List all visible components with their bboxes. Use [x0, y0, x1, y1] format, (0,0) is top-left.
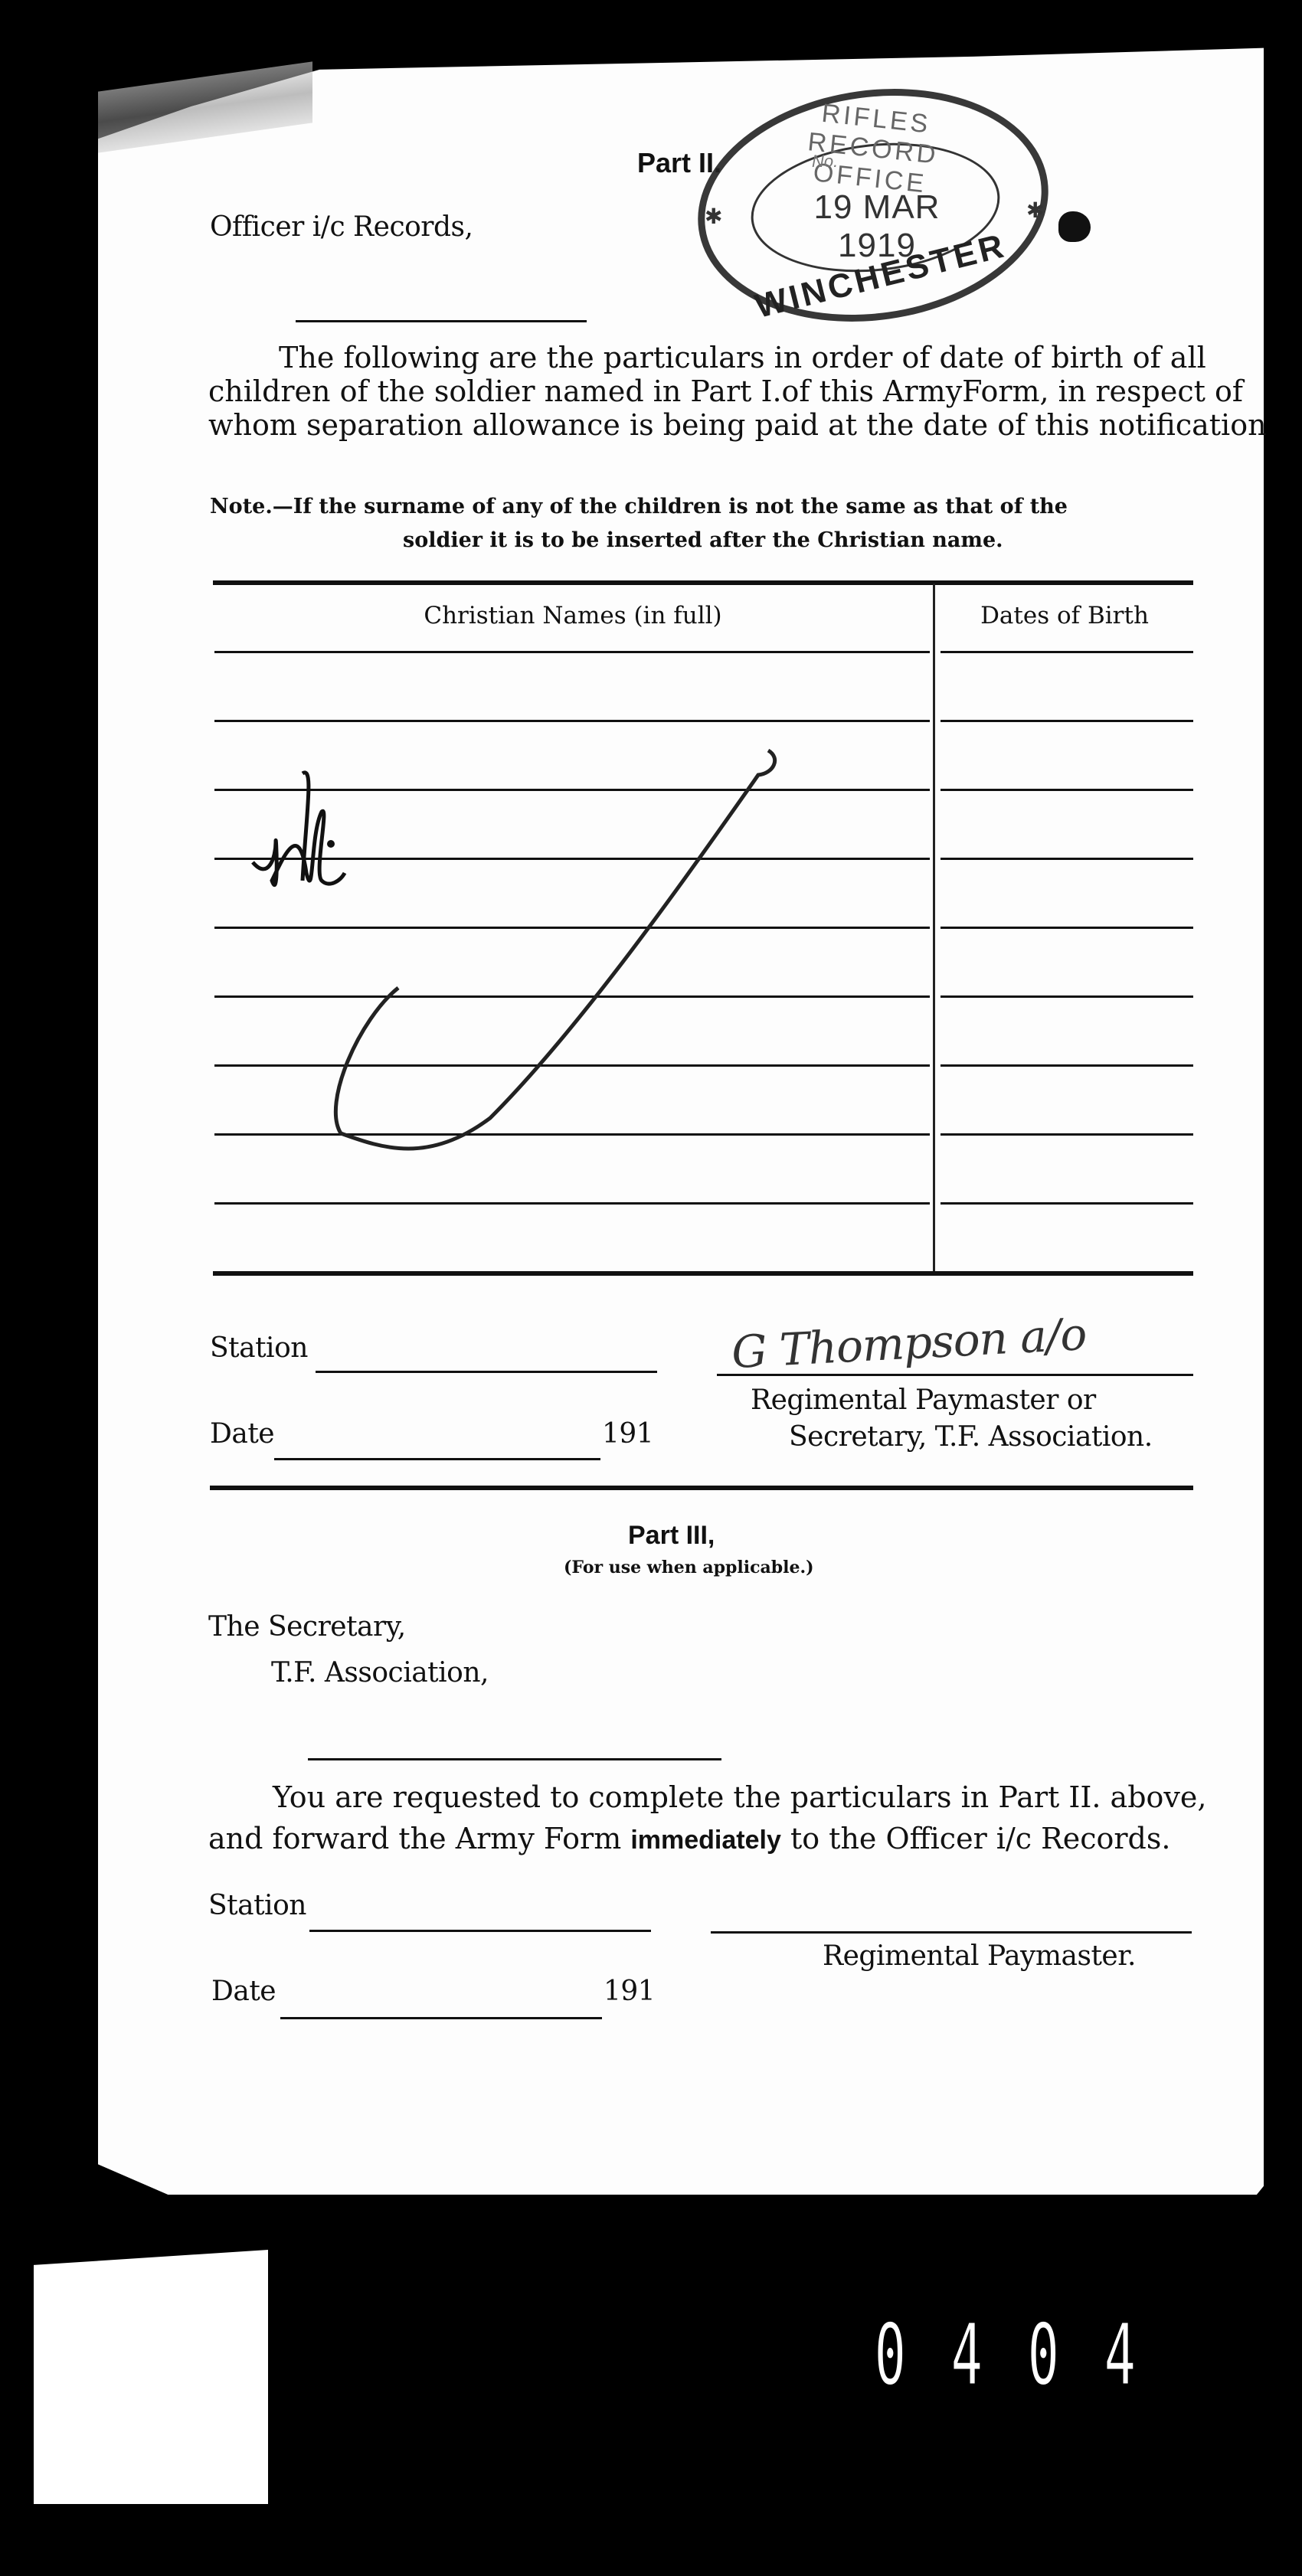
counter-digit: 4: [1104, 2313, 1134, 2397]
part3-addressee-2: T.F. Association,: [271, 1657, 489, 1688]
table-row-rule: [214, 1202, 930, 1205]
section-divider: [210, 1486, 1193, 1490]
table-top-rule: [213, 580, 1193, 585]
part2-station-field[interactable]: [316, 1371, 657, 1373]
table-row-rule: [941, 858, 1193, 860]
note-line-1: Note.—If the surname of any of the child…: [210, 490, 1068, 524]
part3-date-field[interactable]: [280, 2017, 602, 2019]
column-header-names: Christian Names (in full): [213, 602, 933, 629]
part3-addressee-1: The Secretary,: [208, 1611, 406, 1643]
table-row-rule: [214, 720, 930, 722]
emphasis-immediately: immediately: [630, 1826, 781, 1855]
table-row-rule: [941, 1064, 1193, 1067]
part-iii-subheading: (For use when applicable.): [564, 1558, 814, 1577]
table-row-rule: [214, 651, 930, 653]
part-iii-heading: Part III,: [628, 1521, 715, 1551]
table-row-rule: [214, 995, 930, 998]
star-icon: ✱: [1026, 198, 1044, 223]
frame-counter: 0 4 0 4: [865, 2313, 1143, 2397]
table-row-rule: [941, 995, 1193, 998]
blank-card: [34, 2250, 268, 2504]
table-column-divider: [933, 584, 935, 1273]
table-bottom-rule: [213, 1271, 1193, 1276]
part2-year-prefix: 191: [602, 1418, 653, 1450]
part3-date-label: Date: [211, 1976, 276, 2007]
table-row-rule: [214, 1133, 930, 1136]
table-row-rule: [214, 1064, 930, 1067]
part2-date-field[interactable]: [274, 1458, 600, 1460]
ink-blot: [1058, 211, 1091, 242]
part3-signature-line[interactable]: [711, 1931, 1192, 1934]
counter-digit: 0: [1028, 2313, 1057, 2397]
part3-station-field[interactable]: [309, 1930, 651, 1932]
part2-date-label: Date: [210, 1418, 274, 1450]
table-row-rule: [941, 1202, 1193, 1205]
record-office-stamp: RIFLES RECORD OFFICE No. 19 MAR 1919 WIN…: [697, 90, 1049, 320]
note-line-2: soldier it is to be inserted after the C…: [403, 524, 1003, 557]
signatory-line-1: Regimental Paymaster or: [751, 1384, 1096, 1416]
table-row-rule: [941, 651, 1193, 653]
table-row-rule: [941, 789, 1193, 791]
star-icon: ✱: [705, 204, 722, 229]
intro-line-1: The following are the particulars in ord…: [279, 342, 1206, 374]
part3-station-label: Station: [208, 1890, 306, 1921]
part2-signature-line[interactable]: [717, 1374, 1193, 1376]
counter-digit: 4: [951, 2313, 980, 2397]
part3-year-prefix: 191: [604, 1976, 655, 2007]
signatory-line-2: Secretary, T.F. Association.: [789, 1421, 1153, 1453]
request-line-2: and forward the Army Form immediately to…: [208, 1822, 1170, 1857]
intro-line-3: whom separation allowance is being paid …: [208, 409, 1267, 442]
request-text: and forward the Army Form: [208, 1822, 630, 1855]
intro-line-2: children of the soldier named in Part I.…: [208, 375, 1243, 408]
handwritten-entry: nil.: [244, 796, 378, 894]
table-row-rule: [941, 1133, 1193, 1136]
part3-address-line[interactable]: [308, 1758, 721, 1760]
addressee: Officer i/c Records,: [210, 211, 473, 243]
addressee-underline: [296, 320, 587, 322]
table-row-rule: [214, 789, 930, 791]
request-text-end: to the Officer i/c Records.: [781, 1822, 1171, 1855]
table-row-rule: [941, 927, 1193, 929]
table-row-rule: [941, 720, 1193, 722]
column-header-dob: Dates of Birth: [936, 602, 1193, 629]
request-line-1: You are requested to complete the partic…: [273, 1781, 1206, 1814]
counter-digit: 0: [875, 2313, 904, 2397]
part2-station-label: Station: [210, 1332, 308, 1364]
part3-signatory: Regimental Paymaster.: [823, 1940, 1136, 1972]
table-row-rule: [214, 927, 930, 929]
stamp-number-label: No.: [812, 152, 838, 172]
